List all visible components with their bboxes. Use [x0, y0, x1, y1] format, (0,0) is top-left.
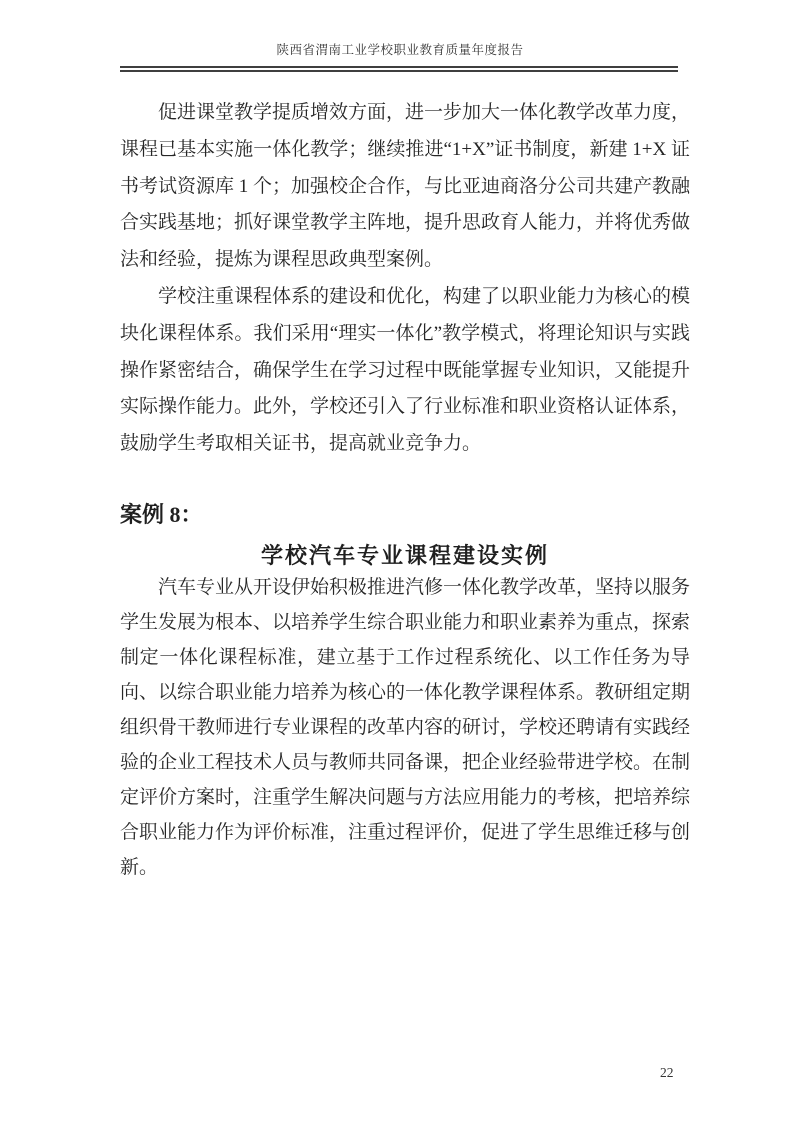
- paragraph-teaching-reform: 促进课堂教学提质增效方面，进一步加大一体化教学改革力度，课程已基本实施一体化教学…: [120, 95, 690, 279]
- page-header-title: 陕西省渭南工业学校职业教育质量年度报告: [0, 40, 800, 58]
- paragraph-curriculum-system: 学校注重课程体系的建设和优化，构建了以职业能力为核心的模块化课程体系。我们采用“…: [120, 279, 690, 463]
- paragraph-auto-major-case: 汽车专业从开设伊始积极推进汽修一体化教学改革，坚持以服务学生发展为根本、以培养学…: [120, 570, 690, 885]
- case-8-title: 学校汽车专业课程建设实例: [120, 539, 690, 570]
- header-double-rule: [120, 66, 678, 72]
- case-8-label: 案例 8：: [120, 498, 203, 529]
- page-number: 22: [660, 1065, 674, 1081]
- document-page: 陕西省渭南工业学校职业教育质量年度报告 促进课堂教学提质增效方面，进一步加大一体…: [0, 0, 800, 1131]
